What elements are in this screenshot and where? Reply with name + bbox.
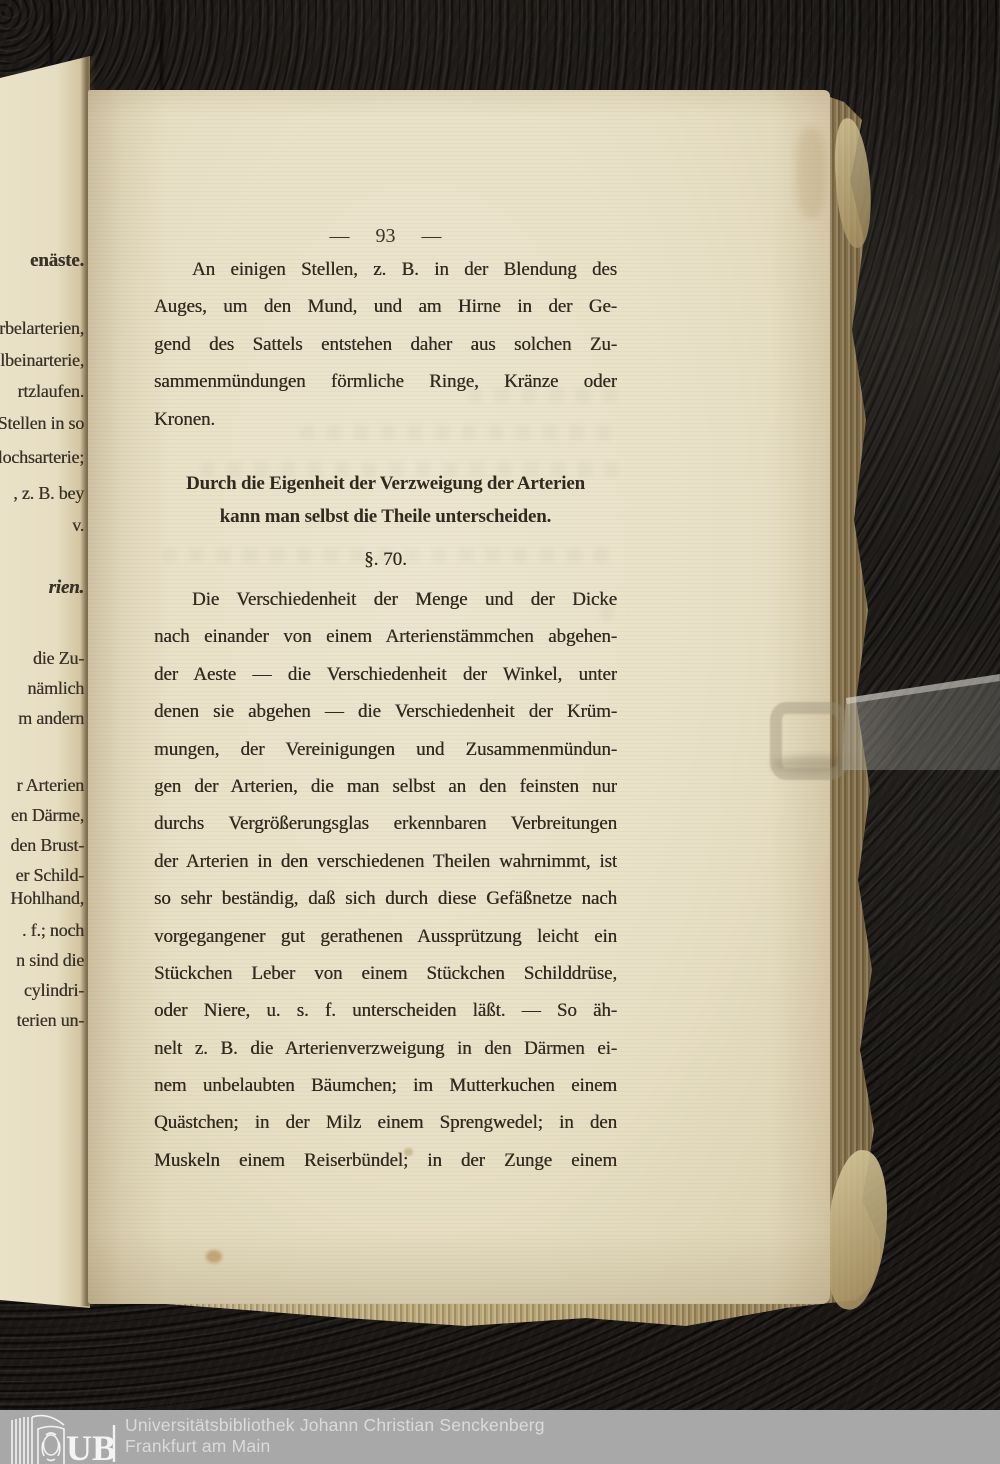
left-page-fragment: Hohlhand, xyxy=(10,888,84,909)
paragraph-line: durchs Vergrößerungsglas erkennbaren Ver… xyxy=(154,805,617,842)
paragraph-line: Muskeln einem Reiserbündel; in der Zunge… xyxy=(154,1142,617,1179)
previous-page-sliver: enäste. irbelarterien, elbeinarterie, rt… xyxy=(0,56,90,1308)
book-scan-canvas: { "document": { "page_number": "93", "da… xyxy=(0,0,1000,1464)
cover-seam xyxy=(160,0,163,92)
book-page: — 93 — An einigen Stellen, z. B. in der … xyxy=(88,90,830,1304)
paper-stain xyxy=(404,1148,413,1156)
paragraph-line: so sehr beständig, daß sich durch diese … xyxy=(154,880,617,917)
left-page-fragment: terien un- xyxy=(17,1010,84,1031)
left-page-fragment: m andern xyxy=(18,708,84,729)
ub-library-logo: UB xyxy=(6,1412,120,1464)
ink-show-through xyxy=(162,548,612,563)
library-name: Universitätsbibliothek Johann Christian … xyxy=(125,1415,545,1436)
paragraph-line: Auges, um den Mund, und am Hirne in der … xyxy=(154,288,617,325)
left-page-fragment: die Zu- xyxy=(33,648,84,669)
paragraph-line: nach einander von einem Arterienstämmche… xyxy=(154,618,617,655)
paragraph-line: vorgegangener gut gerathenen Aussprützun… xyxy=(154,918,617,955)
paragraph-line: nem unbelaubten Bäumchen; im Mutterkuche… xyxy=(154,1067,617,1104)
ink-show-through xyxy=(300,425,620,440)
paragraph-line: denen sie abgehen — die Verschiedenheit … xyxy=(154,693,617,730)
heading-line: kann man selbst die Theile unterscheiden… xyxy=(154,500,617,533)
left-page-fragment: , z. B. bey xyxy=(13,483,84,504)
logo-initials: UB xyxy=(66,1428,116,1464)
body-paragraph: Die Verschiedenheit der Menge und der Di… xyxy=(154,581,617,1179)
paragraph-line: der Arterien in den verschiedenen Theile… xyxy=(154,843,617,880)
paragraph-line: Stückchen Leber von einem Stückchen Schi… xyxy=(154,955,617,992)
paragraph-line: oder Niere, u. s. f. unterscheiden läßt.… xyxy=(154,992,617,1029)
paragraph-line: nelt z. B. die Arterienverzweigung in de… xyxy=(154,1030,617,1067)
ink-show-through xyxy=(468,388,620,403)
left-page-fragment: cylindri- xyxy=(24,980,84,1001)
paragraph-line: gend des Sattels entstehen daher aus sol… xyxy=(154,326,617,363)
left-page-fragment: rtzlaufen. xyxy=(18,381,84,402)
left-page-fragment: enäste. xyxy=(30,250,84,272)
left-page-fragment: n sind die xyxy=(16,950,84,971)
paragraph-line: der Aeste — die Verschiedenheit der Wink… xyxy=(154,656,617,693)
paragraph-line: Quästchen; in der Milz einem Sprengwedel… xyxy=(154,1104,617,1141)
paragraph-line: gen der Arterien, die man selbst an den … xyxy=(154,768,617,805)
library-location: Frankfurt am Main xyxy=(125,1436,545,1457)
left-page-fragment: . f.; noch xyxy=(22,920,84,941)
page-header: — 93 — xyxy=(154,225,617,248)
left-page-fragment: er Schild- xyxy=(16,865,84,886)
left-page-fragment: elbeinarterie, xyxy=(0,350,84,371)
left-page-fragment: rien. xyxy=(49,577,84,599)
left-page-fragment: Stellen in so xyxy=(0,413,84,434)
library-banner: UB Universitätsbibliothek Johann Christi… xyxy=(0,1410,1000,1464)
page-number: 93 xyxy=(376,225,396,248)
left-page-fragment: en Därme, xyxy=(11,805,84,826)
left-page-fragment: den Brust- xyxy=(11,835,85,856)
paper-stain xyxy=(206,1250,222,1263)
ink-show-through xyxy=(600,606,628,621)
header-dash: — xyxy=(330,225,350,248)
paper-stain xyxy=(796,128,826,218)
paragraph-continuation: An einigen Stellen, z. B. in der Blendun… xyxy=(154,251,617,438)
left-page-fragment: lochsarterie; xyxy=(0,447,84,468)
paragraph-line: mungen, der Vereinigungen und Zusammenmü… xyxy=(154,731,617,768)
ink-show-through xyxy=(200,462,620,477)
paragraph-line: Die Verschiedenheit der Menge und der Di… xyxy=(154,581,617,618)
left-page-fragment: r Arterien xyxy=(17,775,84,796)
left-page-fragment: irbelarterien, xyxy=(0,318,84,339)
library-banner-text: Universitätsbibliothek Johann Christian … xyxy=(125,1415,545,1457)
left-page-fragment: nämlich xyxy=(27,678,84,699)
bookmark-strip-clip-tip xyxy=(770,702,850,780)
paragraph-line: An einigen Stellen, z. B. in der Blendun… xyxy=(154,251,617,288)
header-dash: — xyxy=(422,225,442,248)
